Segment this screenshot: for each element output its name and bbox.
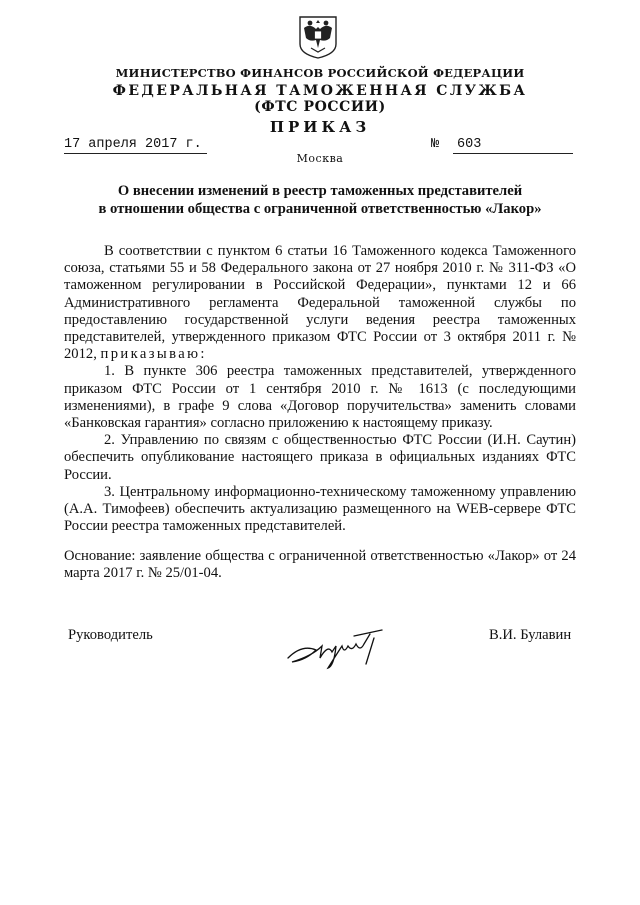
document-page: МИНИСТЕРСТВО ФИНАНСОВ РОССИЙСКОЙ ФЕДЕРАЦ…: [0, 0, 640, 905]
order-subject: О внесении изменений в реестр таможенных…: [60, 182, 580, 218]
order-item-1: 1. В пункте 306 реестра таможенных предс…: [64, 363, 576, 432]
preamble-paragraph: В соответствии с пунктом 6 статьи 16 Там…: [64, 243, 576, 363]
preamble-text: В соответствии с пунктом 6 статьи 16 Там…: [64, 243, 576, 362]
subject-line-2: в отношении общества с ограниченной отве…: [60, 200, 580, 218]
basis-text: Основание: заявление общества с ограниче…: [64, 548, 576, 582]
order-item-2: 2. Управлению по связям с общественность…: [64, 432, 576, 484]
document-type: ПРИКАЗ: [0, 118, 640, 136]
order-word: приказываю:: [101, 346, 207, 362]
basis-block: Основание: заявление общества с ограниче…: [64, 548, 576, 582]
order-number-label: №: [431, 137, 439, 152]
service-name: ФЕДЕРАЛЬНАЯ ТАМОЖЕННАЯ СЛУЖБА: [0, 83, 640, 99]
subject-line-1: О внесении изменений в реестр таможенных…: [60, 182, 580, 200]
ministry-name: МИНИСТЕРСТВО ФИНАНСОВ РОССИЙСКОЙ ФЕДЕРАЦ…: [0, 66, 640, 80]
city: Москва: [0, 152, 640, 165]
order-item-3: 3. Центральному информационно-техническо…: [64, 484, 576, 536]
signatory-name: В.И. Булавин: [489, 627, 571, 644]
handwritten-signature-icon: [282, 622, 392, 672]
service-abbreviation: (ФТС РОССИИ): [0, 99, 640, 115]
russian-coat-of-arms-icon: [296, 14, 340, 60]
order-body: В соответствии с пунктом 6 статьи 16 Там…: [64, 243, 576, 535]
signatory-position: Руководитель: [68, 627, 153, 644]
